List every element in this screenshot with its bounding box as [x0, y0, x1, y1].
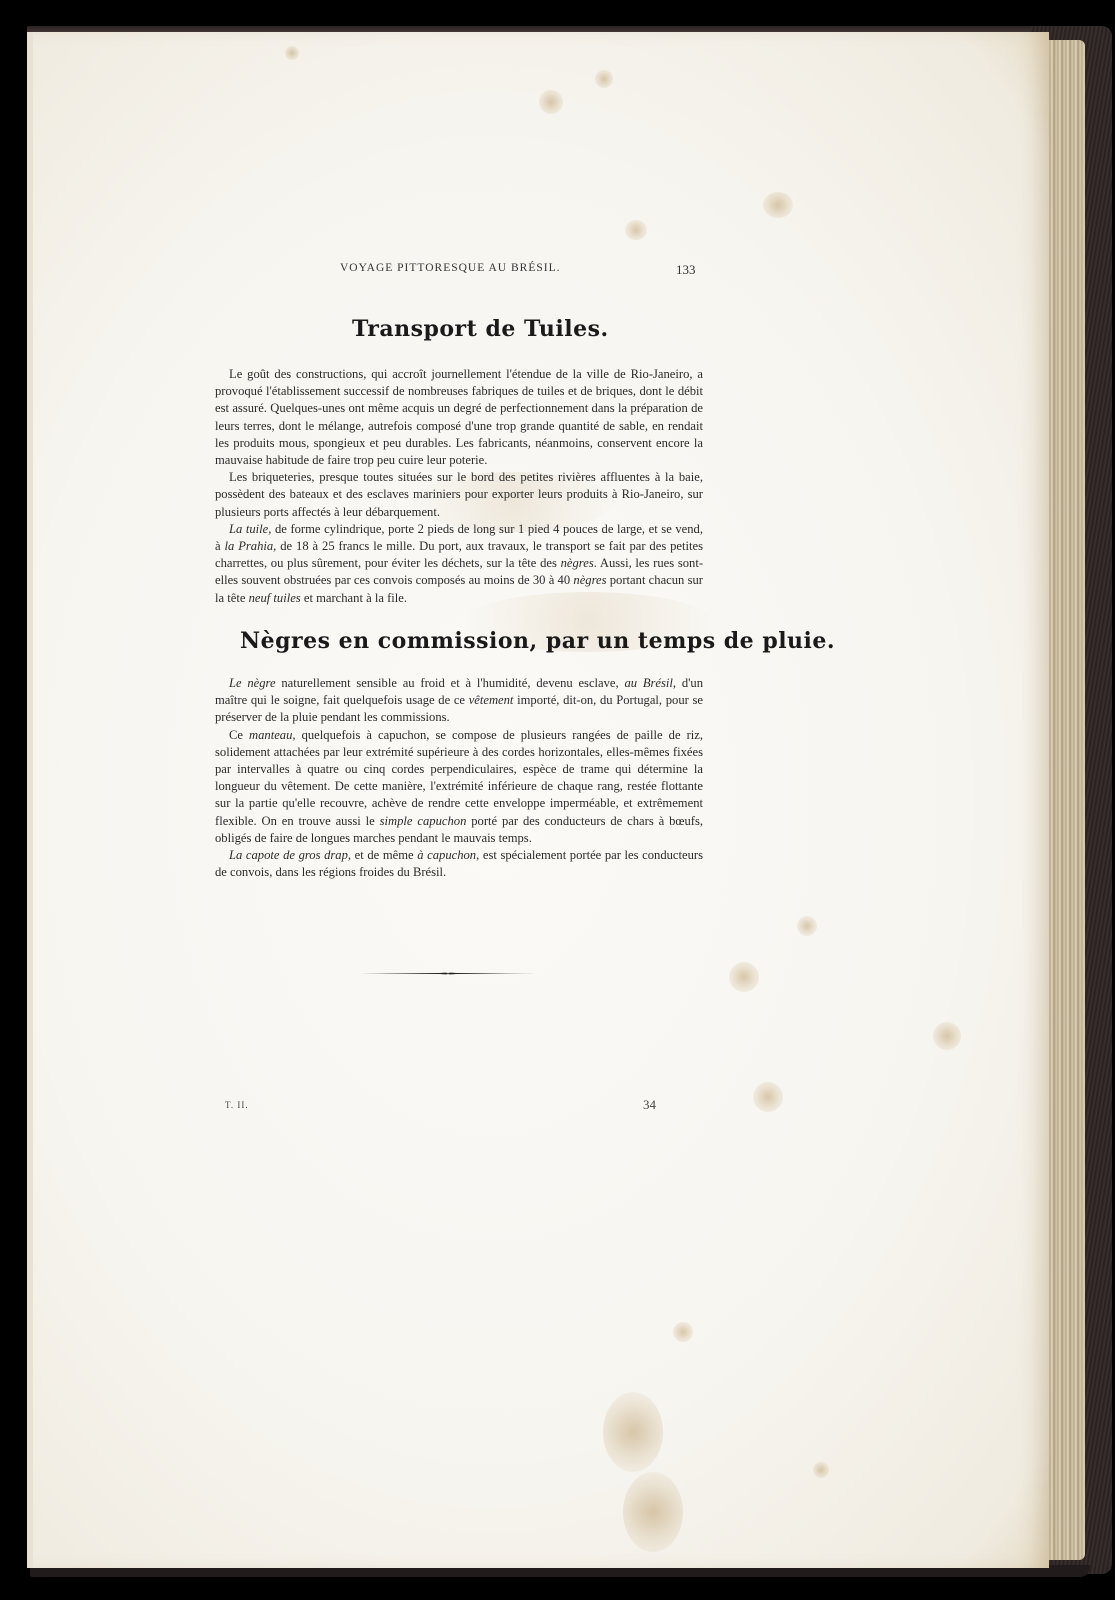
- paragraph: La tuile, de forme cylindrique, porte 2 …: [215, 521, 703, 607]
- paragraph: Le nègre naturellement sensible au froid…: [215, 675, 703, 727]
- foxing-stain: [753, 1082, 783, 1112]
- foxing-stain: [623, 1472, 683, 1552]
- foxing-stain: [933, 1022, 961, 1050]
- foxing-stain: [539, 90, 563, 114]
- ornamental-rule: [360, 972, 536, 975]
- signature-number: 34: [643, 1097, 656, 1113]
- page-number: 133: [676, 262, 696, 278]
- signature-volume-mark: T. II.: [225, 1100, 249, 1110]
- paragraph: La capote de gros drap, et de même à cap…: [215, 847, 703, 881]
- section-title-transport-de-tuiles: Transport de Tuiles.: [352, 316, 1115, 342]
- paragraph: Ce manteau, quelquefois à capuchon, se c…: [215, 727, 703, 847]
- paragraph: Les briqueteries, presque toutes situées…: [215, 469, 703, 521]
- section-body-negres-en-commission: Le nègre naturellement sensible au froid…: [215, 675, 703, 881]
- foxing-stain: [595, 70, 613, 88]
- foxing-stain: [797, 916, 817, 936]
- foxing-stain: [763, 192, 793, 218]
- section-body-transport-de-tuiles: Le goût des constructions, qui accroît j…: [215, 366, 703, 607]
- foxing-stain: [813, 1462, 829, 1478]
- foxing-stain: [729, 962, 759, 992]
- foxing-stain: [625, 220, 647, 240]
- running-head: VOYAGE PITTORESQUE AU BRÉSIL.: [340, 262, 560, 274]
- section-title-negres-en-commission: Nègres en commission, par un temps de pl…: [240, 628, 1115, 654]
- paragraph: Le goût des constructions, qui accroît j…: [215, 366, 703, 469]
- foxing-stain: [603, 1392, 663, 1472]
- foxing-stain: [285, 46, 299, 60]
- foxing-stain: [673, 1322, 693, 1342]
